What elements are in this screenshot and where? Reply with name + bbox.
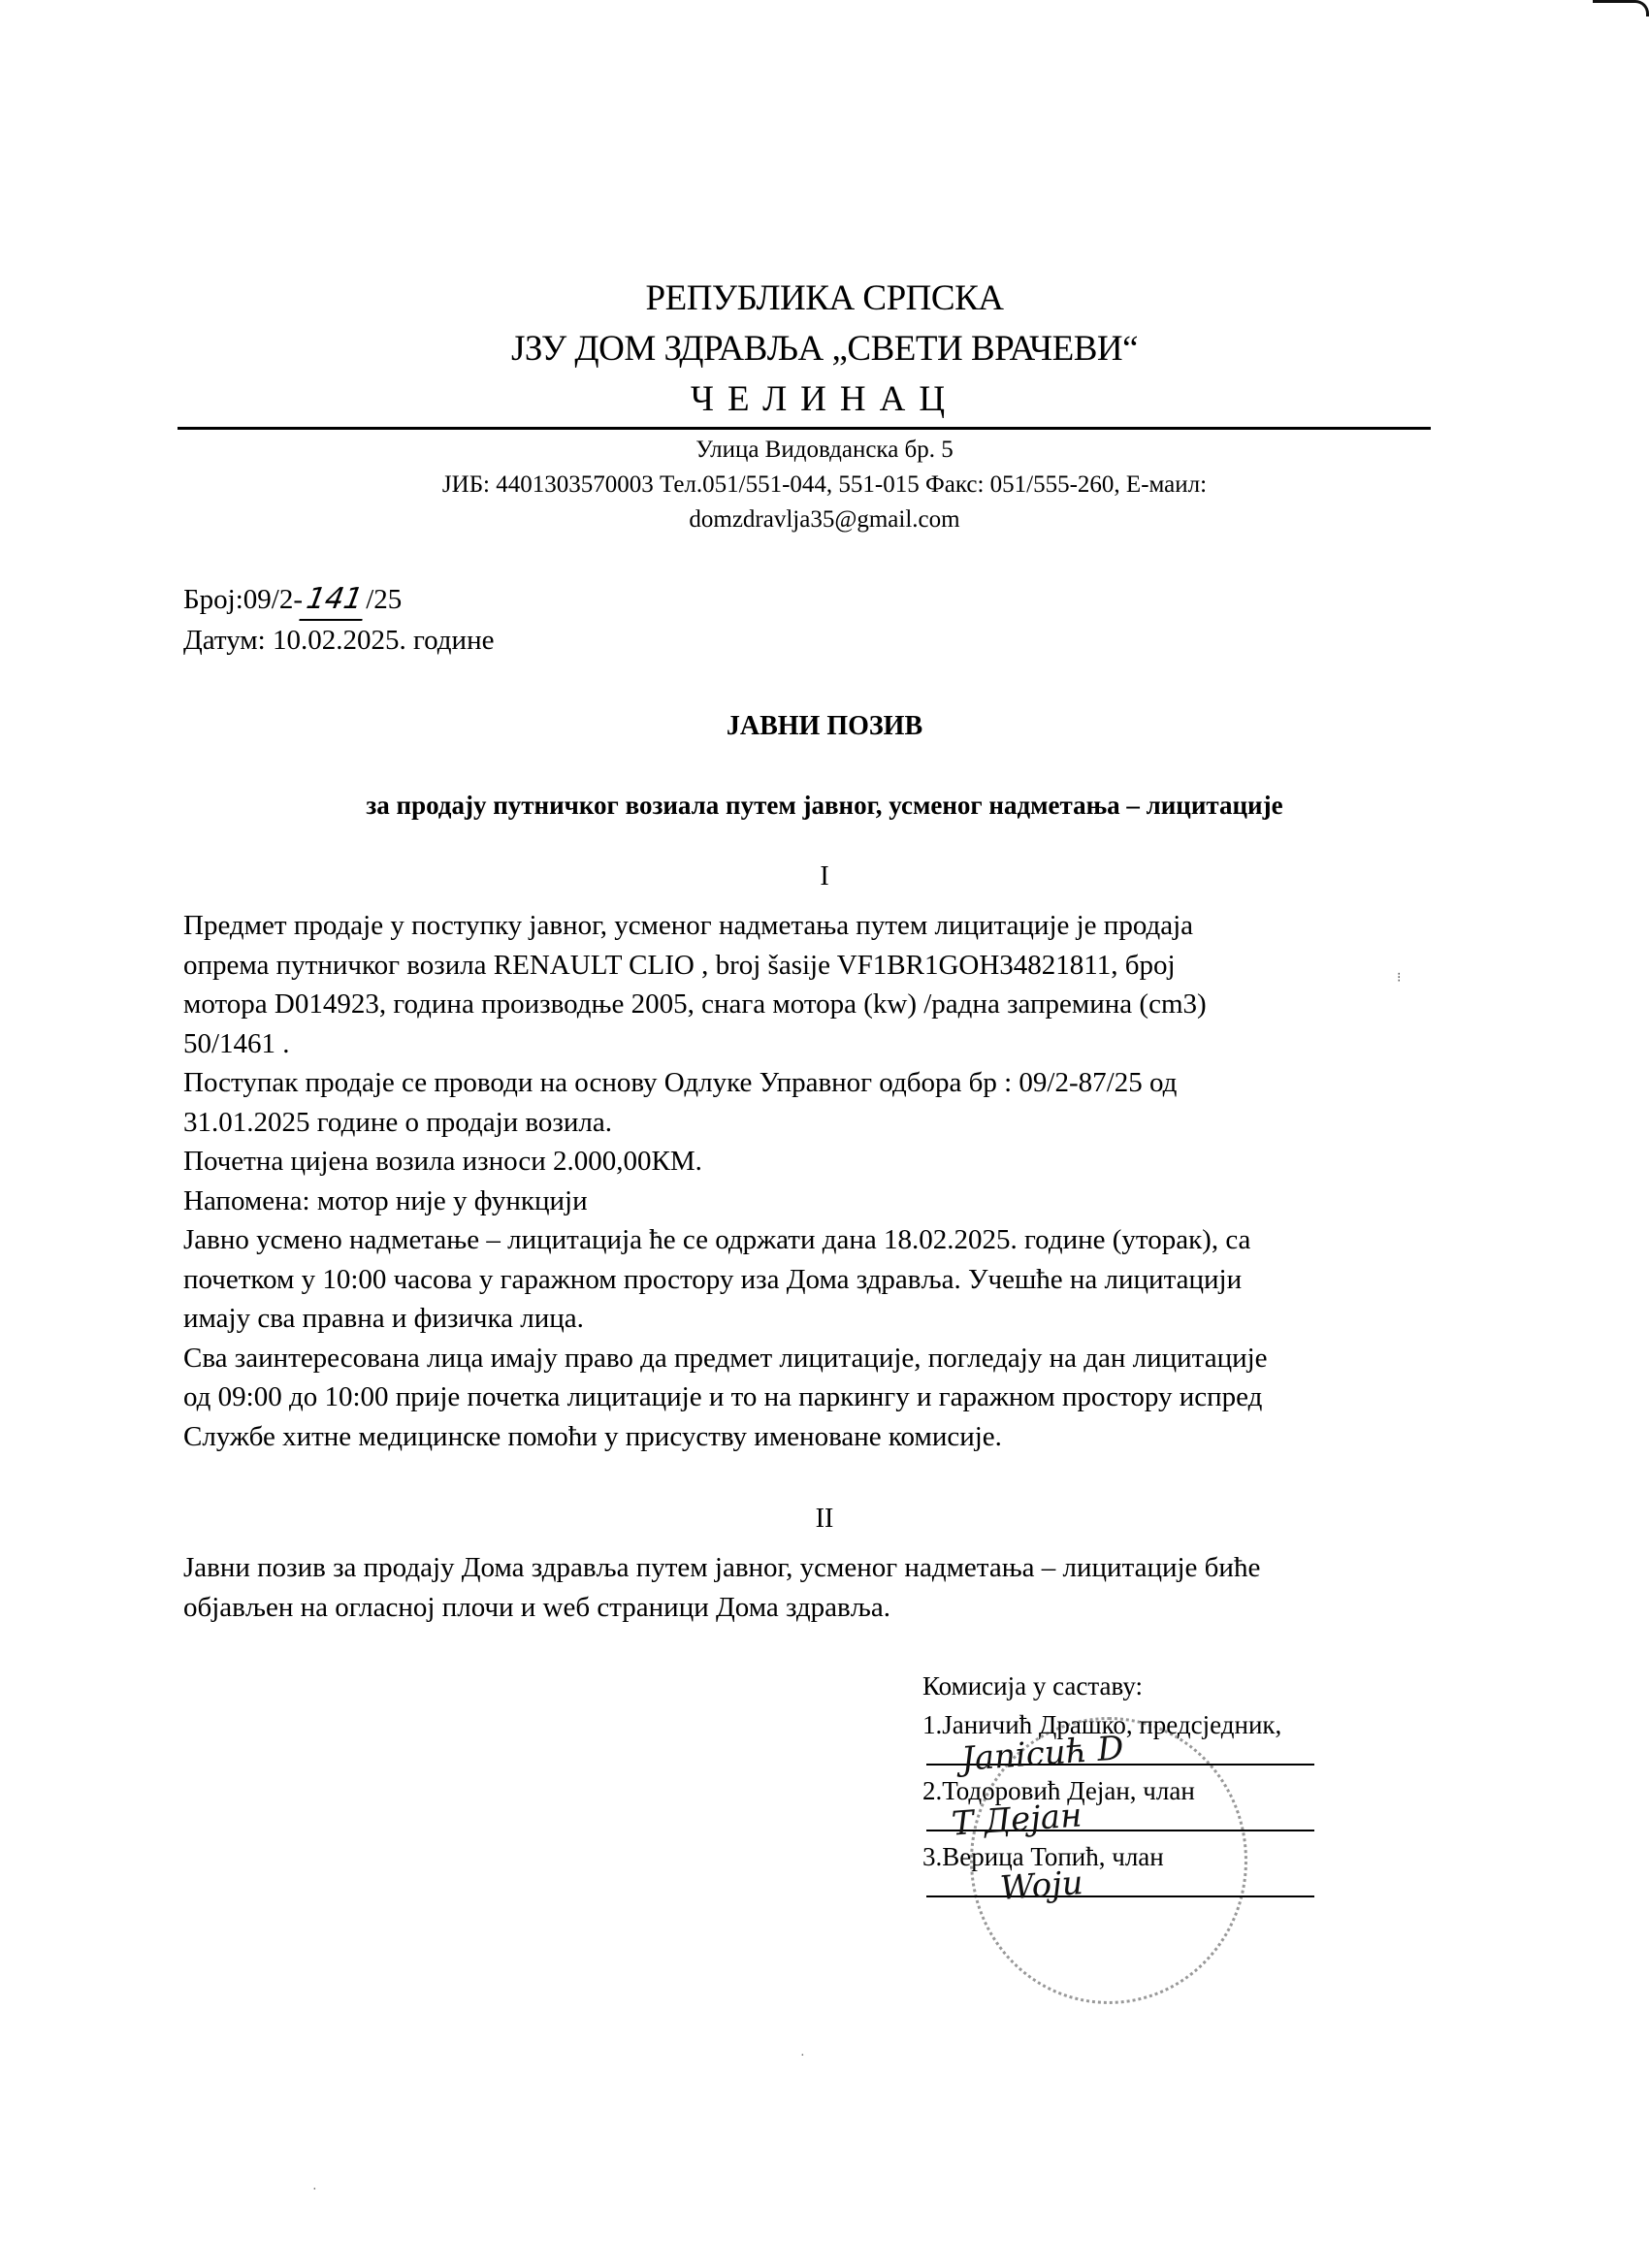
paragraph-line: објављен на огласној плочи и weб страниц…	[183, 1588, 1444, 1628]
paragraph-line: Службе хитне медицинске помоћи у присуст…	[183, 1417, 1444, 1457]
handwritten-signature: Wojи	[999, 1863, 1084, 1908]
section-1-body: Предмет продаје у поступку јавног, усмен…	[183, 906, 1444, 1456]
registration-suffix: /25	[366, 584, 402, 615]
registration-handwritten: 141	[299, 580, 370, 621]
commission-block: Комисија у саставу: 1.Јаничић Драшко, пр…	[922, 1667, 1388, 1903]
registration-prefix: Број:09/2-	[183, 584, 303, 615]
commission-heading: Комисија у саставу:	[922, 1667, 1388, 1705]
paragraph-line: Предмет продаје у поступку јавног, усмен…	[183, 906, 1444, 946]
paragraph-line: почетком у 10:00 часова у гаражном прост…	[183, 1260, 1444, 1300]
section-2-body: Јавни позив за продају Дома здравља путе…	[183, 1548, 1444, 1627]
scan-artifact: ·	[312, 2183, 317, 2198]
paragraph-line: 31.01.2025 године о продаји возила.	[183, 1103, 1444, 1143]
letterhead-city: ЧЕЛИНАЦ	[0, 374, 1649, 425]
section-numeral-2: II	[0, 1504, 1649, 1535]
letterhead-institution: ЈЗУ ДОМ ЗДРАВЉА „СВЕТИ ВРАЧЕВИ“	[0, 324, 1649, 374]
document-page: РЕПУБЛИКА СРПСКА ЈЗУ ДОМ ЗДРАВЉА „СВЕТИ …	[0, 0, 1649, 2268]
document-title: ЈАВНИ ПОЗИВ	[0, 711, 1649, 742]
document-subtitle: за продају путничког возиала путем јавно…	[0, 791, 1649, 821]
letterhead-divider	[178, 427, 1431, 430]
scan-corner-mark	[1593, 0, 1649, 16]
scan-artifact: ·	[800, 2049, 805, 2064]
contact-block: Улица Видовданска бр. 5 ЈИБ: 44013035700…	[0, 433, 1649, 537]
letterhead: РЕПУБЛИКА СРПСКА ЈЗУ ДОМ ЗДРАВЉА „СВЕТИ …	[0, 274, 1649, 425]
paragraph-line: имају сва правна и физичка лица.	[183, 1299, 1444, 1339]
registration-number: Број:09/2-141/25	[183, 580, 494, 621]
paragraph-line: Поступак продаје се проводи на основу Од…	[183, 1063, 1444, 1103]
paragraph-line: Јавни позив за продају Дома здравља путе…	[183, 1548, 1444, 1588]
contact-details: ЈИБ: 4401303570003 Тел.051/551-044, 551-…	[0, 468, 1649, 502]
commission-member-2: 2.Тодоровић Дејан, члан Т Дејан	[922, 1771, 1388, 1831]
paragraph-line: Напомена: мотор није у функцији	[183, 1182, 1444, 1221]
contact-address: Улица Видовданска бр. 5	[0, 433, 1649, 468]
commission-member-1: 1.Јаничић Драшко, предсједник, Jаnicић D	[922, 1705, 1388, 1766]
paragraph-line: Јавно усмено надметање – лицитација ће с…	[183, 1220, 1444, 1260]
paragraph-line: Почетна цијена возила износи 2.000,00КМ.	[183, 1142, 1444, 1182]
signature-line	[926, 1895, 1314, 1897]
commission-member-3: 3.Верица Топић, члан Wojи	[922, 1837, 1388, 1897]
contact-email: domzdravlja35@gmail.com	[0, 502, 1649, 537]
paragraph-line: мотора D014923, година производње 2005, …	[183, 985, 1444, 1024]
document-date: Датум: 10.02.2025. године	[183, 621, 494, 660]
paragraph-line: 50/1461 .	[183, 1024, 1444, 1064]
paragraph-line: опрема путничког возила RENAULT CLIO , b…	[183, 946, 1444, 986]
paragraph-line: Сва заинтересована лица имају право да п…	[183, 1339, 1444, 1378]
document-meta: Број:09/2-141/25 Датум: 10.02.2025. годи…	[183, 580, 494, 660]
paragraph-line: од 09:00 до 10:00 прије почетка лицитаци…	[183, 1377, 1444, 1417]
member-label: 3.Верица Топић, члан	[922, 1837, 1388, 1876]
letterhead-republic: РЕПУБЛИКА СРПСКА	[0, 274, 1649, 324]
scan-artifact: ⁝	[1397, 970, 1401, 987]
section-numeral-1: I	[0, 861, 1649, 892]
